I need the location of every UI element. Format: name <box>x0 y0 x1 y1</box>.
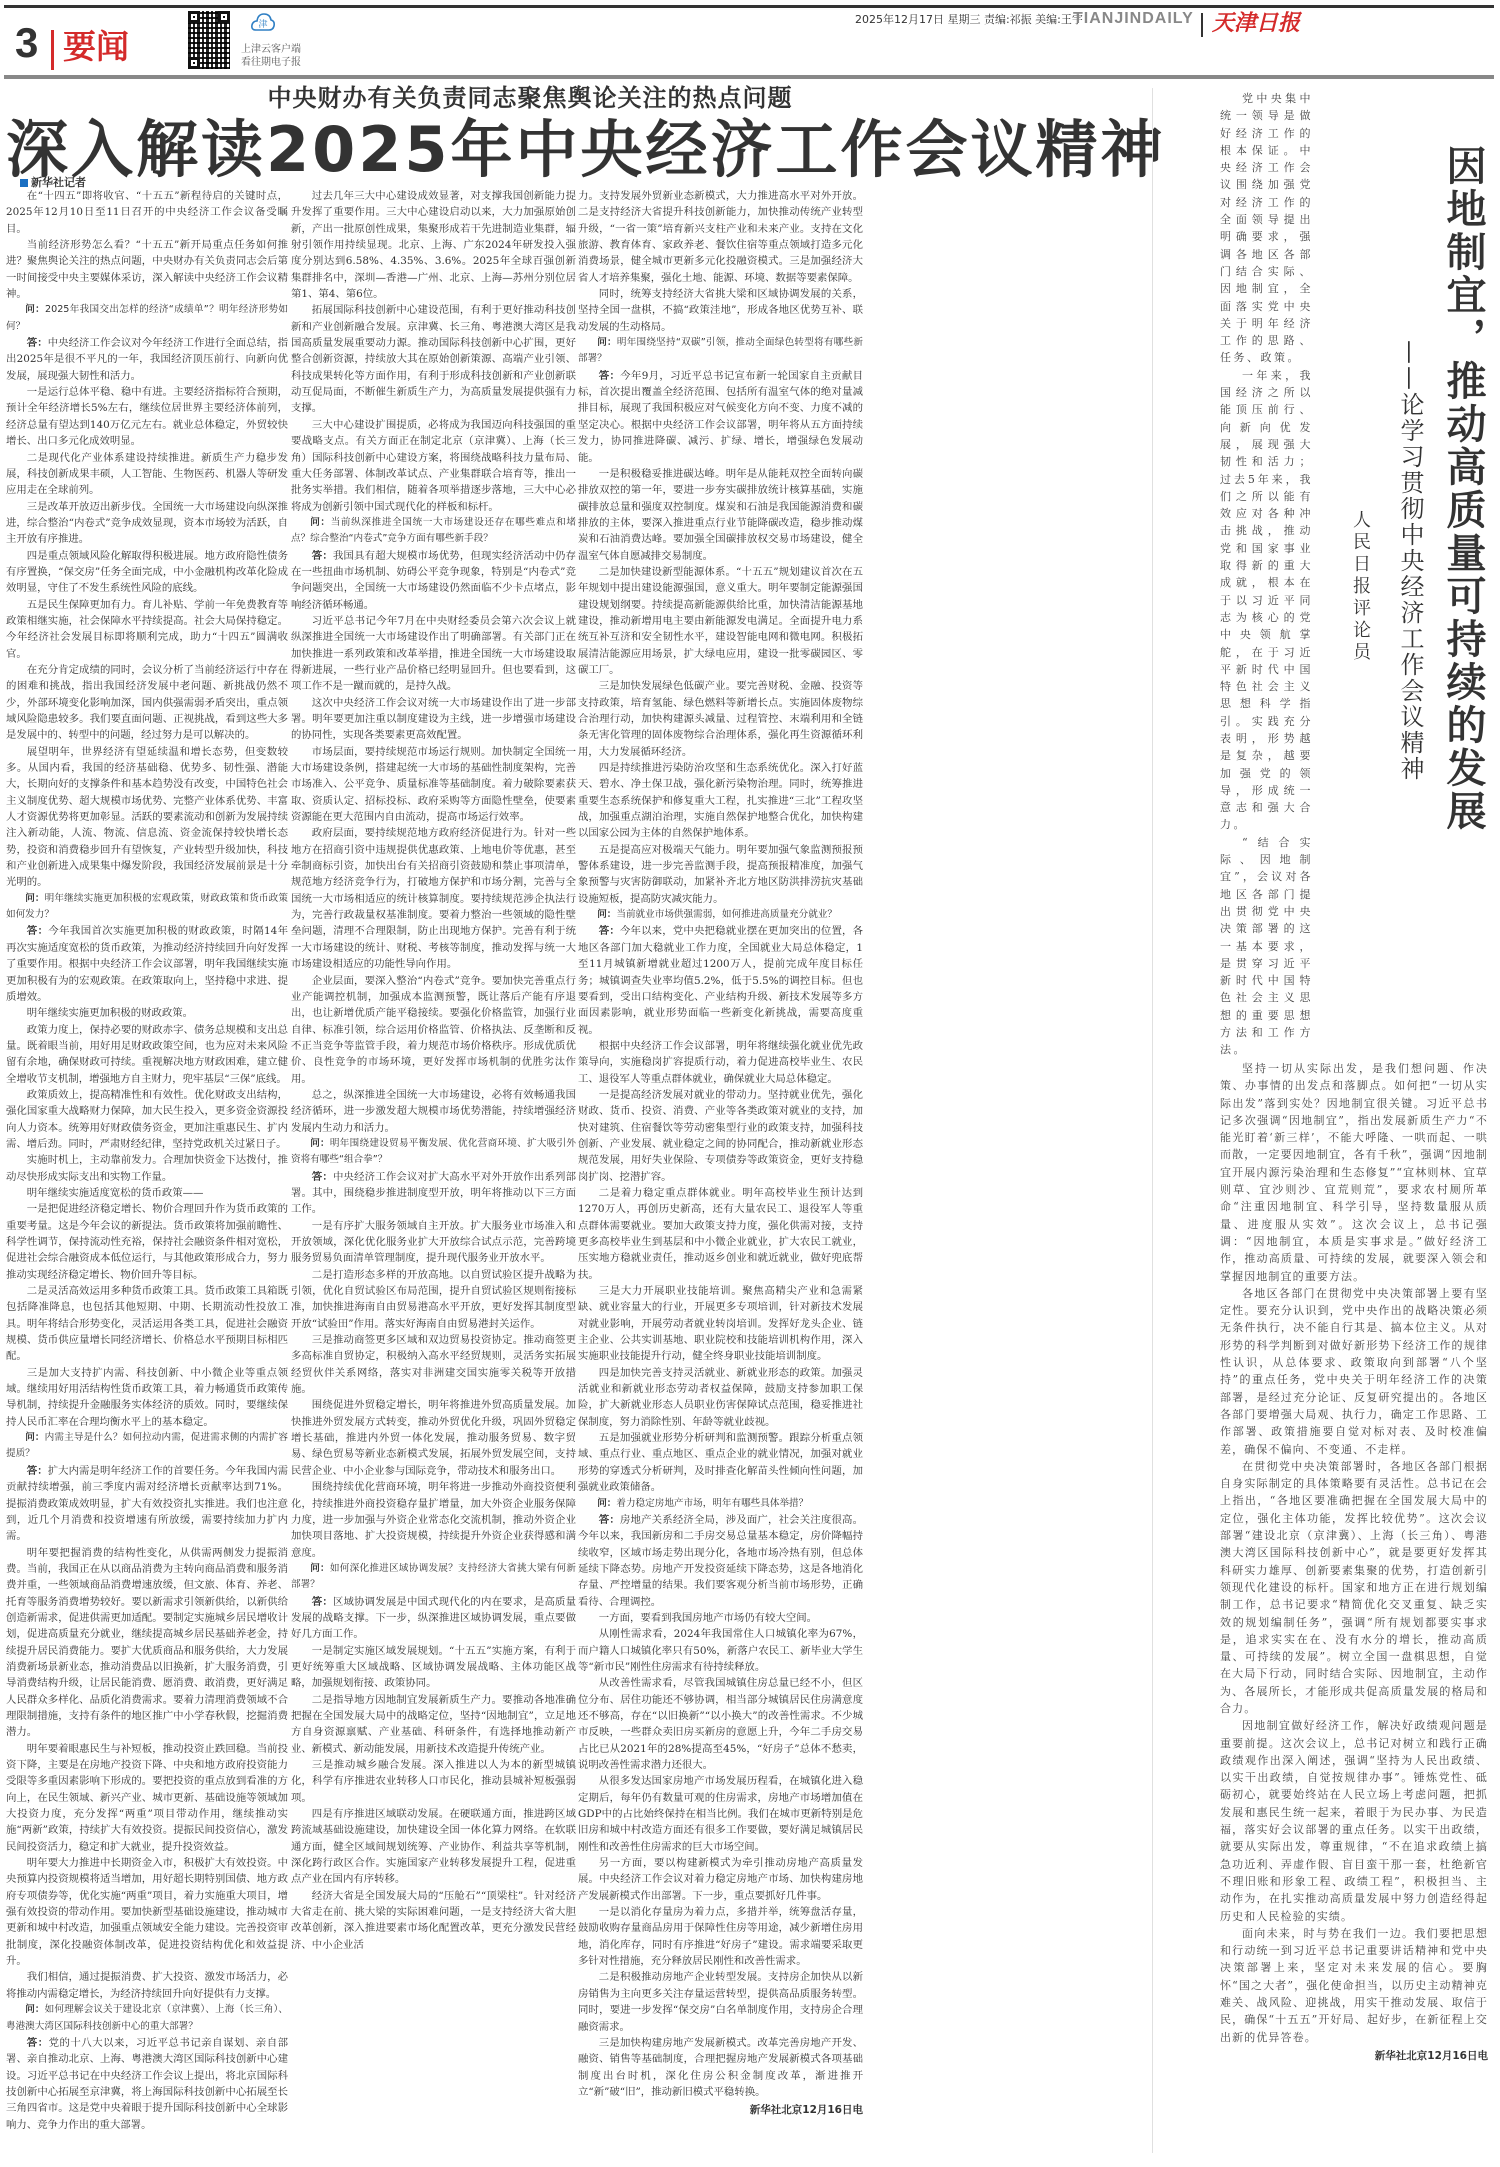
body-paragraph: 四是持续推进污染防治攻坚和生态系统优化。深入打好蓝天、碧水、净土保卫战，强化新污… <box>578 760 863 842</box>
article-dateline: 新华社北京12月16日电 <box>578 2102 863 2118</box>
question-label: 问： <box>597 1498 616 1509</box>
body-paragraph: 一方面，要看到我国房地产市场仍有较大空间。 <box>578 1610 863 1626</box>
body-paragraph: 一是制定实施区域发展规划。“十五五”实施方案，有利于更好统筹重大区域战略、区域协… <box>291 1643 576 1692</box>
answer-paragraph: 答：房地产关系经济全局，涉及面广，社会关注度很高。今年以来，我国新房和二手房交易… <box>578 1512 863 1610</box>
answer-paragraph: 答：中央经济工作会议对扩大高水平对外开放作出系列部署。其中，围绕稳步推进制度型开… <box>291 1169 576 1218</box>
answer-label: 答： <box>599 370 620 382</box>
body-paragraph: 根据中央经济工作会议部署，明年将继续强化就业优先政策导向，实施稳岗扩容提质行动，… <box>578 1038 863 1087</box>
commentary-wide-column: 坚持一切从实际出发，是我们想问题、作决策、办事情的出发点和落脚点。如何把“一切从… <box>1220 1060 1488 2155</box>
question-label: 问： <box>25 304 45 315</box>
body-paragraph: 从刚性需求看，2024年我国常住人口城镇化率为67%，而户籍人口城镇化率只有50… <box>578 1626 863 1675</box>
body-paragraph: 四是加快完善支持灵活就业、新就业形态的政策。加强灵活就业和新就业形态劳动者权益保… <box>578 1365 863 1430</box>
answer-paragraph: 答：今年以来，党中央把稳就业摆在更加突出的位置，各地区各部门加大稳就业工作力度，… <box>578 923 863 1037</box>
commentary-divider <box>1152 88 1153 2153</box>
body-paragraph: 三是加快发展绿色低碳产业。要完善财税、金融、投资等支持政策，培育氢能、绿色燃料等… <box>578 678 863 760</box>
answer-label: 答： <box>27 925 49 937</box>
answer-paragraph: 答：今年我国首次实施更加积极的财政政策，时隔14年再次实施适度宽松的货币政策，为… <box>6 923 288 1005</box>
commentary-paragraph: 因地制宜做好经济工作，解决好政绩观问题是重要前提。这次会议上，总书记对树立和践行… <box>1220 1717 1488 1925</box>
commentary-paragraph: “结合实际、因地制宜”，会议对各地区各部门提出贯彻党中央决策部署的这一基本要求，… <box>1220 834 1313 1059</box>
answer-paragraph: 答：扩大内需是明年经济工作的首要任务。今年我国内需贡献持续增强，前三季度内需对经… <box>6 1463 288 1545</box>
answer-label: 答： <box>599 925 620 937</box>
answer-paragraph: 答：党的十八大以来，习近平总书记亲自谋划、亲自部署、亲自推动北京、上海、粤港澳大… <box>6 2035 288 2133</box>
question-paragraph: 问：如何深化推进区域协调发展？支持经济大省挑大梁有何新部署？ <box>291 1561 576 1594</box>
commentary-paragraph: 各地区各部门在贯彻党中央决策部署上要有坚定性。要充分认识到，党中央作出的战略决策… <box>1220 1285 1488 1458</box>
question-paragraph: 问：当前纵深推进全国统一大市场建设还存在哪些难点和堵点？综合整治“内卷式”竞争方… <box>291 515 576 548</box>
body-paragraph: 在充分肯定成绩的同时，会议分析了当前经济运行中存在的困难和挑战，指出我国经济发展… <box>6 662 288 744</box>
body-paragraph: 三是大力开展职业技能培训。聚焦高精尖产业和急需紧缺、就业容量大的行业，开展更多专… <box>578 1283 863 1365</box>
body-paragraph: 围绕持续优化营商环境，明年将进一步推动外商投资便利化，持续推进外商投资稳存量扩增… <box>291 1479 576 1561</box>
brand-logo-chinese: 天津日报 <box>1212 6 1300 37</box>
brand-divider <box>1201 13 1203 37</box>
body-paragraph: 明年要把握消费的结构性变化，从供需两侧发力提振消费。当前，我国正在从以商品消费为… <box>6 1545 288 1741</box>
body-paragraph: 这次中央经济工作会议对统一大市场建设作出了进一步部署。明年要更加注重以制度建设为… <box>291 695 576 744</box>
question-paragraph: 问：2025年我国交出怎样的经济“成绩单”？明年经济形势如何？ <box>6 302 288 335</box>
answer-label: 答： <box>599 1514 620 1526</box>
question-label: 问： <box>25 2004 44 2015</box>
answer-label: 答： <box>312 1596 333 1608</box>
body-paragraph: 从很多发达国家房地产市场发展历程看，在城镇化进入稳定期后，每年仍有数量可观的住房… <box>578 1773 863 1855</box>
body-paragraph: 二是加快建设新型能源体系。“十五五”规划建议首次在五年规划中提出建设能源强国，意… <box>578 564 863 678</box>
body-paragraph: 明年继续实施更加积极的财政政策。 <box>6 1005 288 1021</box>
commentary-paragraph: 党中央集中统一领导是做好经济工作的根本保证。中央经济工作会议围绕加强党对经济工作… <box>1220 90 1313 367</box>
article-column-1: 在“十四五”即将收官、“十五五”新程待启的关键时点，2025年12月10日至11… <box>6 188 288 2158</box>
app-promo-line2: 看往期电子报 <box>241 56 301 69</box>
body-paragraph: 我们相信，通过提振消费、扩大投资、激发市场活力，必将推动内需稳定增长，为经济持续… <box>6 1969 288 2002</box>
question-label: 问： <box>25 893 44 904</box>
answer-paragraph: 答：今年9月，习近平总书记宣布新一轮国家自主贡献目标，首次提出覆盖全经济范围、包… <box>578 368 863 466</box>
answer-label: 答： <box>312 550 333 562</box>
section-name: 要闻 <box>63 22 129 72</box>
app-promo-line1: 上津云客户端 <box>241 43 301 56</box>
question-paragraph: 问：着力稳定房地产市场，明年有哪些具体举措？ <box>578 1496 863 1512</box>
question-paragraph: 问：明年围绕坚持“双碳”引领，推动全面绿色转型将有哪些新部署？ <box>578 335 863 368</box>
body-paragraph: 拓展国际科技创新中心建设范围，有利于更好推动科技创新和产业创新融合发展。京津冀、… <box>291 302 576 416</box>
body-paragraph: 经济大省是全国发展大局的“压舱石”“顶梁柱”。针对经济大省走在前、挑大梁的实际困… <box>291 1888 576 1953</box>
body-paragraph: 一是有序扩大服务领域自主开放。扩大服务业市场准入和开放领域，深化优化服务业扩大开… <box>291 1218 576 1267</box>
question-label: 问： <box>597 337 617 348</box>
article-headline: 深入解读2025年中央经济工作会议精神 <box>6 110 866 190</box>
body-paragraph: 四是有序推进区域联动发展。在硬联通方面，推进跨区域跨流域基础设施建设，加快建设全… <box>291 1806 576 1888</box>
question-paragraph: 问：明年继续实施更加积极的宏观政策，财政政策和货币政策如何发力？ <box>6 891 288 924</box>
question-paragraph: 问：当前就业市场供强需弱，如何推进高质量充分就业？ <box>578 907 863 923</box>
article-column-3: 力。支持发展外贸新业态新模式，大力推进高水平对外开放。二是支持经济大省提升科技创… <box>578 188 863 2158</box>
section-divider <box>51 30 54 70</box>
body-paragraph: 五是加强就业形势分析研判和监测预警。跟踪分析重点领域、重点行业、重点地区、重点企… <box>578 1430 863 1495</box>
body-paragraph: 同时，统筹支持经济大省挑大梁和区域协调发展的关系，坚持全国一盘棋，不搞“政策洼地… <box>578 286 863 335</box>
qr-code-icon[interactable] <box>188 11 230 69</box>
body-paragraph: 二是着力稳定重点群体就业。明年高校毕业生预计达到1270万人，再创历史新高，还有… <box>578 1185 863 1283</box>
svg-text:津: 津 <box>258 18 267 30</box>
body-paragraph: 五是民生保障更加有力。育儿补贴、学前一年免费教育等政策相继实施，社会保障水平持续… <box>6 597 288 662</box>
body-paragraph: 三是改革开放迈出新步伐。全国统一大市场建设向纵深推进，综合整治“内卷式”竞争成效… <box>6 499 288 548</box>
answer-label: 答： <box>27 1465 48 1477</box>
body-paragraph: 在“十四五”即将收官、“十五五”新程待启的关键时点，2025年12月10日至11… <box>6 188 288 237</box>
question-label: 问： <box>310 517 331 528</box>
body-paragraph: 五是提高应对极端天气能力。明年要加强气象监测预报预警体系建设，进一步完善监测手段… <box>578 842 863 907</box>
body-paragraph: 三大中心建设扩围提质，必将成为我国迈向科技强国的重要战略支点。有关方面正在制定北… <box>291 417 576 515</box>
body-paragraph: 二是打造形态多样的开放高地。以自贸试验区提升战略为引领，优化自贸试验区布局范围，… <box>291 1267 576 1332</box>
body-paragraph: 一是积极稳妥推进碳达峰。明年是从能耗双控全面转向碳排放双控的第一年，要进一步夯实… <box>578 466 863 564</box>
answer-label: 答： <box>27 337 48 349</box>
body-paragraph: 展望明年，世界经济有望延续温和增长态势，但变数较多。从国内看，我国的经济基础稳、… <box>6 744 288 891</box>
body-paragraph: 实施时机上，主动靠前发力。合理加快资金下达拨付，推动尽快形成实际支出和实物工作量… <box>6 1152 288 1185</box>
body-paragraph: 政策力度上，保持必要的财政赤字、债务总规模和支出总量。既着眼当前，用好用足财政政… <box>6 1022 288 1087</box>
body-paragraph: 二是积极推动房地产企业转型发展。支持房企加快从以新房销售为主向更多关注存量运营转… <box>578 1969 863 2034</box>
body-paragraph: 二是现代化产业体系建设持续推进。新质生产力稳步发展，科技创新成果丰硕，人工智能、… <box>6 450 288 499</box>
question-label: 问： <box>25 1432 44 1443</box>
body-paragraph: 三是推动城乡融合发展。深入推进以人为本的新型城镇化，科学有序推进农业转移人口市民… <box>291 1757 576 1806</box>
body-paragraph: 企业层面，要深入整治“内卷式”竞争。要加快完善重点行业产能调控机制，加强成本监测… <box>291 973 576 1087</box>
body-paragraph: 一是以消化存量房为着力点，多措并举，统筹盘活存量，鼓励收购存量商品房用于保障性住… <box>578 1904 863 1969</box>
answer-paragraph: 答：中央经济工作会议对今年经济工作进行全面总结，指出2025年是很不平凡的一年，… <box>6 335 288 384</box>
body-paragraph: 四是重点领域风险化解取得积极进展。地方政府隐性债务有序置换，“保交房”任务全面完… <box>6 548 288 597</box>
commentary-subtitle: ——论学习贯彻中央经济工作会议精神 <box>1396 340 1424 782</box>
commentary-paragraph: 一年来，我国经济之所以能顶压前行、向新向优发展，展现强大韧性和活力；过去5年来，… <box>1220 367 1313 834</box>
body-paragraph: 力。支持发展外贸新业态新模式，大力推进高水平对外开放。二是支持经济大省提升科技创… <box>578 188 863 286</box>
body-paragraph: 一是运行总体平稳、稳中有进。主要经济指标符合预期，预计全年经济增长5%左右，继续… <box>6 384 288 449</box>
body-paragraph: 二是指导地方因地制宜发展新质生产力。要推动各地准确把握在全国发展大局中的战略定位… <box>291 1692 576 1757</box>
body-paragraph: 三是推动商签更多区域和双边贸易投资协定。推动商签更多高标准自贸协定，积极纳入高水… <box>291 1332 576 1397</box>
body-paragraph: 过去几年三大中心建设成效显著，对支撑我国创新能力提升发挥了重要作用。三大中心建设… <box>291 188 576 302</box>
body-paragraph: 明年要着眼惠民生与补短板，推动投资止跌回稳。当前投资下降，主要是在房地产投资下降… <box>6 1741 288 1855</box>
body-paragraph: 一是提高经济发展对就业的带动力。坚持就业优先，强化财政、货币、投资、消费、产业等… <box>578 1087 863 1185</box>
body-paragraph: 政府层面，要持续规范地方政府经济促进行为。针对一些地方在招商引资中违规提供优惠政… <box>291 825 576 972</box>
question-paragraph: 问：内需主导是什么？如何拉动内需，促进需求侧的内需扩容提质？ <box>6 1430 288 1463</box>
body-paragraph: 明年要大力推进中长期资金入市，积极扩大有效投资。中央预算内投资规模将适当增加，用… <box>6 1855 288 1969</box>
cloud-logo-icon: 津 <box>250 10 276 36</box>
answer-paragraph: 答：区域协调发展是中国式现代化的内在要求，是高质量发展的战略支撑。下一步，纵深推… <box>291 1594 576 1643</box>
body-paragraph: 当前经济形势怎么看？“十五五”新开局重点任务如何推进？聚焦舆论关注的热点问题，中… <box>6 237 288 302</box>
question-label: 问： <box>310 1138 330 1149</box>
body-paragraph: 明年继续实施适度宽松的货币政策—— <box>6 1185 288 1201</box>
byline-square-icon <box>20 179 28 187</box>
brand-logo-english: TIANJINDAILY <box>1073 10 1194 28</box>
body-paragraph: 政策质效上，提高精准性和有效性。优化财政支出结构，强化国家重大战略财力保障，加大… <box>6 1087 288 1152</box>
issue-date-editors: 2025年12月17日 星期三 责编:祁振 美编:王宇 <box>855 11 1083 27</box>
app-promo: 上津云客户端 看往期电子报 <box>241 43 301 69</box>
body-paragraph: 围绕促进外贸稳定增长，明年将推进外贸高质量发展。加快推进外贸发展方式转变，推动外… <box>291 1397 576 1479</box>
answer-label: 答： <box>312 1171 333 1183</box>
question-label: 问： <box>310 1563 330 1574</box>
question-label: 问： <box>597 909 616 920</box>
body-paragraph: 三是加大支持扩内需、科技创新、中小微企业等重点领域。继续用好用活结构性货币政策工… <box>6 1365 288 1430</box>
answer-paragraph: 答：我国具有超大规模市场优势，但现实经济活动中仍存在一些扭曲市场机制、妨碍公平竞… <box>291 548 576 613</box>
commentary-title: 因地制宜，推动高质量可持续的发展 <box>1440 145 1486 833</box>
answer-label: 答： <box>27 2037 49 2049</box>
article-column-2: 过去几年三大中心建设成效显著，对支撑我国创新能力提升发挥了重要作用。三大中心建设… <box>291 188 576 2158</box>
body-paragraph: 三是加快构建房地产发展新模式。改革完善房地产开发、融资、销售等基础制度，合理把握… <box>578 2035 863 2100</box>
question-paragraph: 问：明年围绕建设贸易平衡发展、优化营商环境、扩大吸引外资将有哪些“组合拳”？ <box>291 1136 576 1169</box>
commentary-paragraph: 面向未来，时与势在我们一边。我们要把思想和行动统一到习近平总书记重要讲话精神和党… <box>1220 1925 1488 2046</box>
commentary-narrow-column: 党中央集中统一领导是做好经济工作的根本保证。中央经济工作会议围绕加强党对经济工作… <box>1220 90 1313 1059</box>
body-paragraph: 总之，纵深推进全国统一大市场建设，必将有效畅通我国经济循环，进一步激发超大规模市… <box>291 1087 576 1136</box>
body-paragraph: 二是灵活高效运用多种货币政策工具。货币政策工具箱既包括降准降息，也包括其他短期、… <box>6 1283 288 1365</box>
commentary-author: 人民日报评论员 <box>1350 510 1370 664</box>
page-number: 3 <box>15 18 38 68</box>
commentary-paragraph: 坚持一切从实际出发，是我们想问题、作决策、办事情的出发点和落脚点。如何把“一切从… <box>1220 1060 1488 1285</box>
body-paragraph: 一是把促进经济稳定增长、物价合理回升作为货币政策的重要考量。这是今年会议的新提法… <box>6 1201 288 1283</box>
body-paragraph: 习近平总书记今年7月在中央财经委员会第六次会议上就纵深推进全国统一大市场建设作出… <box>291 613 576 695</box>
commentary-dateline: 新华社北京12月16日电 <box>1220 2048 1488 2065</box>
question-paragraph: 问：如何理解会议关于建设北京（京津冀）、上海（长三角）、粤港澳大湾区国际科技创新… <box>6 2002 288 2035</box>
body-paragraph: 从改善性需求看，尽管我国城镇住房总量已经不小，但区位分布、居住功能还不够协调，相… <box>578 1675 863 1773</box>
body-paragraph: 另一方面，要以构建新模式为牵引推动房地产高质量发展。中央经济工作会议对着力稳定房… <box>578 1855 863 1904</box>
body-paragraph: 市场层面，要持续规范市场运行规则。加快制定全国统一大市场建设条例，搭建起统一大市… <box>291 744 576 826</box>
commentary-paragraph: 在贯彻党中央决策部署时，各地区各部门根据自身实际制定的具体策略要有灵活性。总书记… <box>1220 1458 1488 1717</box>
